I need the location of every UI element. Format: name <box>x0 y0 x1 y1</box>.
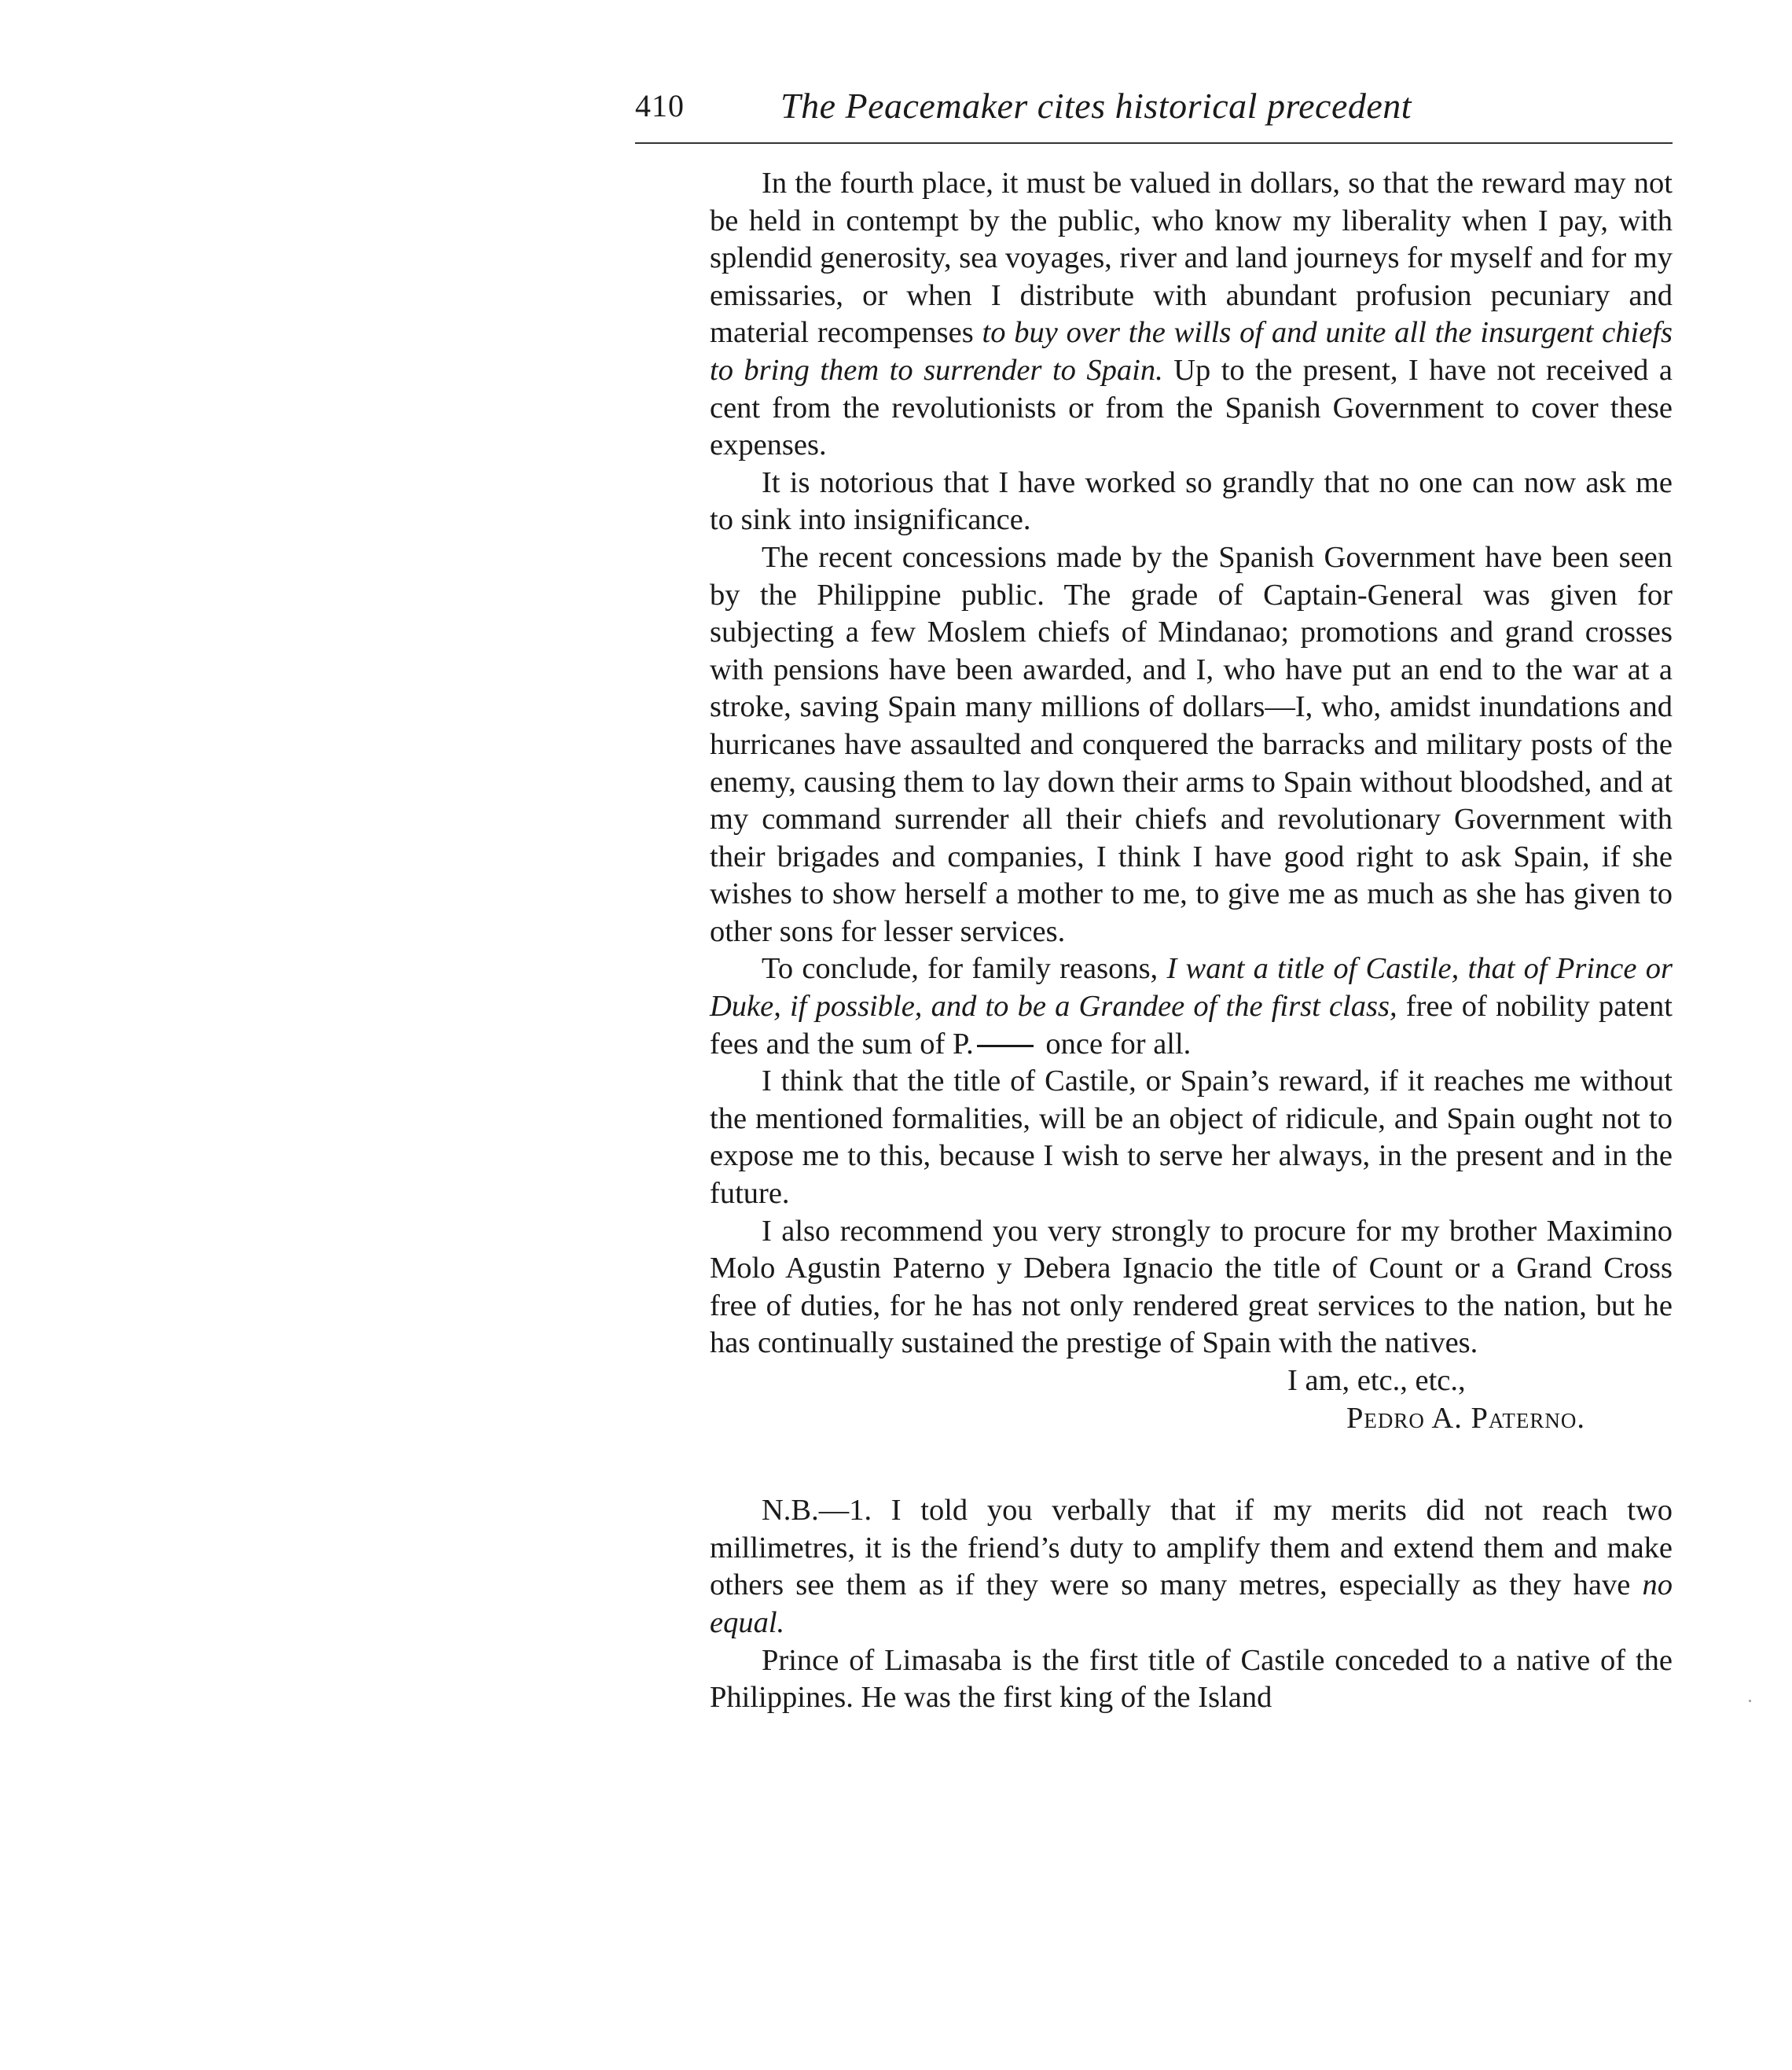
blank-amount-dash <box>977 1045 1034 1047</box>
emphasis: no equal. <box>710 1568 1673 1639</box>
emphasis: I want a title of Castile, that of Princ… <box>710 952 1673 1023</box>
letter-paragraph: I think that the title of Castile, or Sp… <box>710 1063 1673 1212</box>
section-gap <box>710 1437 1673 1492</box>
letter-paragraph: It is notorious that I have worked so gr… <box>710 465 1673 539</box>
letter-paragraph: To conclude, for family reasons, I want … <box>710 950 1673 1063</box>
closing-salutation: I am, etc., etc., <box>710 1362 1673 1400</box>
letter-body: In the fourth place, it must be valued i… <box>710 165 1673 1362</box>
letter-paragraph: The recent concessions made by the Spani… <box>710 539 1673 951</box>
signature: Pedro A. Paterno. <box>710 1400 1673 1438</box>
postscript: N.B.—1. I told you verbally that if my m… <box>710 1492 1673 1717</box>
running-title: The Peacemaker cites historical preceden… <box>780 79 1412 134</box>
scan-speck <box>1036 967 1038 969</box>
header-rule <box>635 142 1673 144</box>
postscript-paragraph: Prince of Limasaba is the first title of… <box>710 1642 1673 1717</box>
letter-paragraph: I also recommend you very strongly to pr… <box>710 1213 1673 1362</box>
body-text: In the fourth place, it must be valued i… <box>710 165 1673 1717</box>
postscript-paragraph: N.B.—1. I told you verbally that if my m… <box>710 1492 1673 1642</box>
running-head: 410 The Peacemaker cites historical prec… <box>635 79 1673 134</box>
scan-speck <box>1749 1700 1751 1702</box>
page-number: 410 <box>635 79 685 134</box>
letter-paragraph: In the fourth place, it must be valued i… <box>710 165 1673 465</box>
emphasis: to buy over the wills of and unite all t… <box>710 316 1673 387</box>
